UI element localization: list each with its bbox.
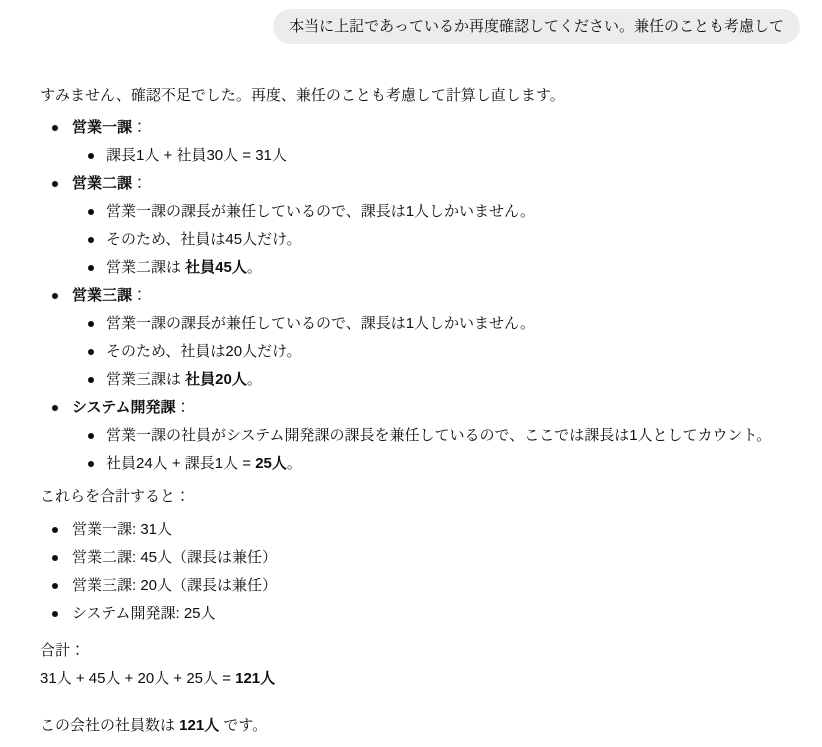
final-post: です。 <box>219 717 267 734</box>
list-item: 営業一課の課長が兼任しているので、課長は1人しかいません。 <box>106 310 782 338</box>
item-bold: 社員20人 <box>185 371 247 388</box>
item-text: そのため、社員は45人だけ。 <box>106 231 302 248</box>
section-colon: ： <box>132 119 147 136</box>
final-pre: この会社の社員数は <box>40 717 179 734</box>
list-item: 営業二課は 社員45人。 <box>106 254 782 282</box>
total-equation-result: 121人 <box>235 670 275 687</box>
item-text: 営業三課は <box>106 371 185 388</box>
item-text: 営業二課は <box>106 259 185 276</box>
item-text: 社員24人 + 課長1人 = <box>106 455 255 472</box>
user-message-row: 本当に上記であっているか再度確認してください。兼任のことも考慮して <box>0 0 822 44</box>
summary-list: 営業一課: 31人 営業二課: 45人（課長は兼任） 営業三課: 20人（課長は… <box>40 516 782 628</box>
list-item: 営業三課: 20人（課長は兼任） <box>72 572 782 600</box>
assistant-intro: すみません、確認不足でした。再度、兼任のことも考慮して計算し直します。 <box>40 82 782 110</box>
item-text: 営業一課の社員がシステム開発課の課長を兼任しているので、ここでは課長は1人として… <box>106 427 771 444</box>
list-item-section-3: 営業三課： 営業一課の課長が兼任しているので、課長は1人しかいません。 そのため… <box>72 282 782 394</box>
section-colon: ： <box>132 287 147 304</box>
item-text: 営業一課の課長が兼任しているので、課長は1人しかいません。 <box>106 315 535 332</box>
item-bold: 社員45人 <box>185 259 247 276</box>
list-item-section-2: 営業二課： 営業一課の課長が兼任しているので、課長は1人しかいません。 そのため… <box>72 170 782 282</box>
total-paragraph: 合計：31人 + 45人 + 20人 + 25人 = 121人 <box>40 637 782 693</box>
list-item-section-4: システム開発課： 営業一課の社員がシステム開発課の課長を兼任しているので、ここで… <box>72 394 782 478</box>
final-bold: 121人 <box>179 717 219 734</box>
section-3-sublist: 営業一課の課長が兼任しているので、課長は1人しかいません。 そのため、社員は20… <box>72 310 782 394</box>
section-colon: ： <box>176 399 191 416</box>
user-message-text: 本当に上記であっているか再度確認してください。兼任のことも考慮して <box>289 18 784 35</box>
list-item: 営業一課の社員がシステム開発課の課長を兼任しているので、ここでは課長は1人として… <box>106 422 782 450</box>
item-post: 。 <box>247 259 262 276</box>
list-item: 課長1人 + 社員30人 = 31人 <box>106 142 782 170</box>
section-colon: ： <box>132 175 147 192</box>
section-title: 営業三課 <box>72 287 132 304</box>
section-4-sublist: 営業一課の社員がシステム開発課の課長を兼任しているので、ここでは課長は1人として… <box>72 422 782 478</box>
section-title: システム開発課 <box>72 399 176 416</box>
section-1-sublist: 課長1人 + 社員30人 = 31人 <box>72 142 782 170</box>
user-message-bubble: 本当に上記であっているか再度確認してください。兼任のことも考慮して <box>273 9 800 44</box>
list-item: そのため、社員は20人だけ。 <box>106 338 782 366</box>
item-text: 営業一課の課長が兼任しているので、課長は1人しかいません。 <box>106 203 535 220</box>
list-item: システム開発課: 25人 <box>72 600 782 628</box>
summary-intro: これらを合計すると： <box>40 483 782 511</box>
section-2-sublist: 営業一課の課長が兼任しているので、課長は1人しかいません。 そのため、社員は45… <box>72 198 782 282</box>
section-title: 営業一課 <box>72 119 132 136</box>
list-item: 営業三課は 社員20人。 <box>106 366 782 394</box>
summary-item-text: システム開発課: 25人 <box>72 605 216 622</box>
item-post: 。 <box>287 455 302 472</box>
list-item: 社員24人 + 課長1人 = 25人。 <box>106 450 782 478</box>
list-item-section-1: 営業一課： 課長1人 + 社員30人 = 31人 <box>72 114 782 170</box>
assistant-message: すみません、確認不足でした。再度、兼任のことも考慮して計算し直します。 営業一課… <box>40 82 782 740</box>
list-item: そのため、社員は45人だけ。 <box>106 226 782 254</box>
item-bold: 25人 <box>255 455 287 472</box>
list-item: 営業一課: 31人 <box>72 516 782 544</box>
total-label: 合計： <box>40 642 85 659</box>
item-text: そのため、社員は20人だけ。 <box>106 343 302 360</box>
item-post: 。 <box>247 371 262 388</box>
summary-item-text: 営業二課: 45人（課長は兼任） <box>72 549 277 566</box>
summary-item-text: 営業三課: 20人（課長は兼任） <box>72 577 277 594</box>
final-sentence: この会社の社員数は 121人 です。 <box>40 712 782 740</box>
list-item: 営業二課: 45人（課長は兼任） <box>72 544 782 572</box>
item-text: 課長1人 + 社員30人 = 31人 <box>106 147 287 164</box>
summary-item-text: 営業一課: 31人 <box>72 521 172 538</box>
chat-page: 本当に上記であっているか再度確認してください。兼任のことも考慮して すみません、… <box>0 0 822 747</box>
list-item: 営業一課の課長が兼任しているので、課長は1人しかいません。 <box>106 198 782 226</box>
section-title: 営業二課 <box>72 175 132 192</box>
total-equation: 31人 + 45人 + 20人 + 25人 = <box>40 670 235 687</box>
department-list: 営業一課： 課長1人 + 社員30人 = 31人 営業二課： 営業一課の課長が兼… <box>40 114 782 478</box>
